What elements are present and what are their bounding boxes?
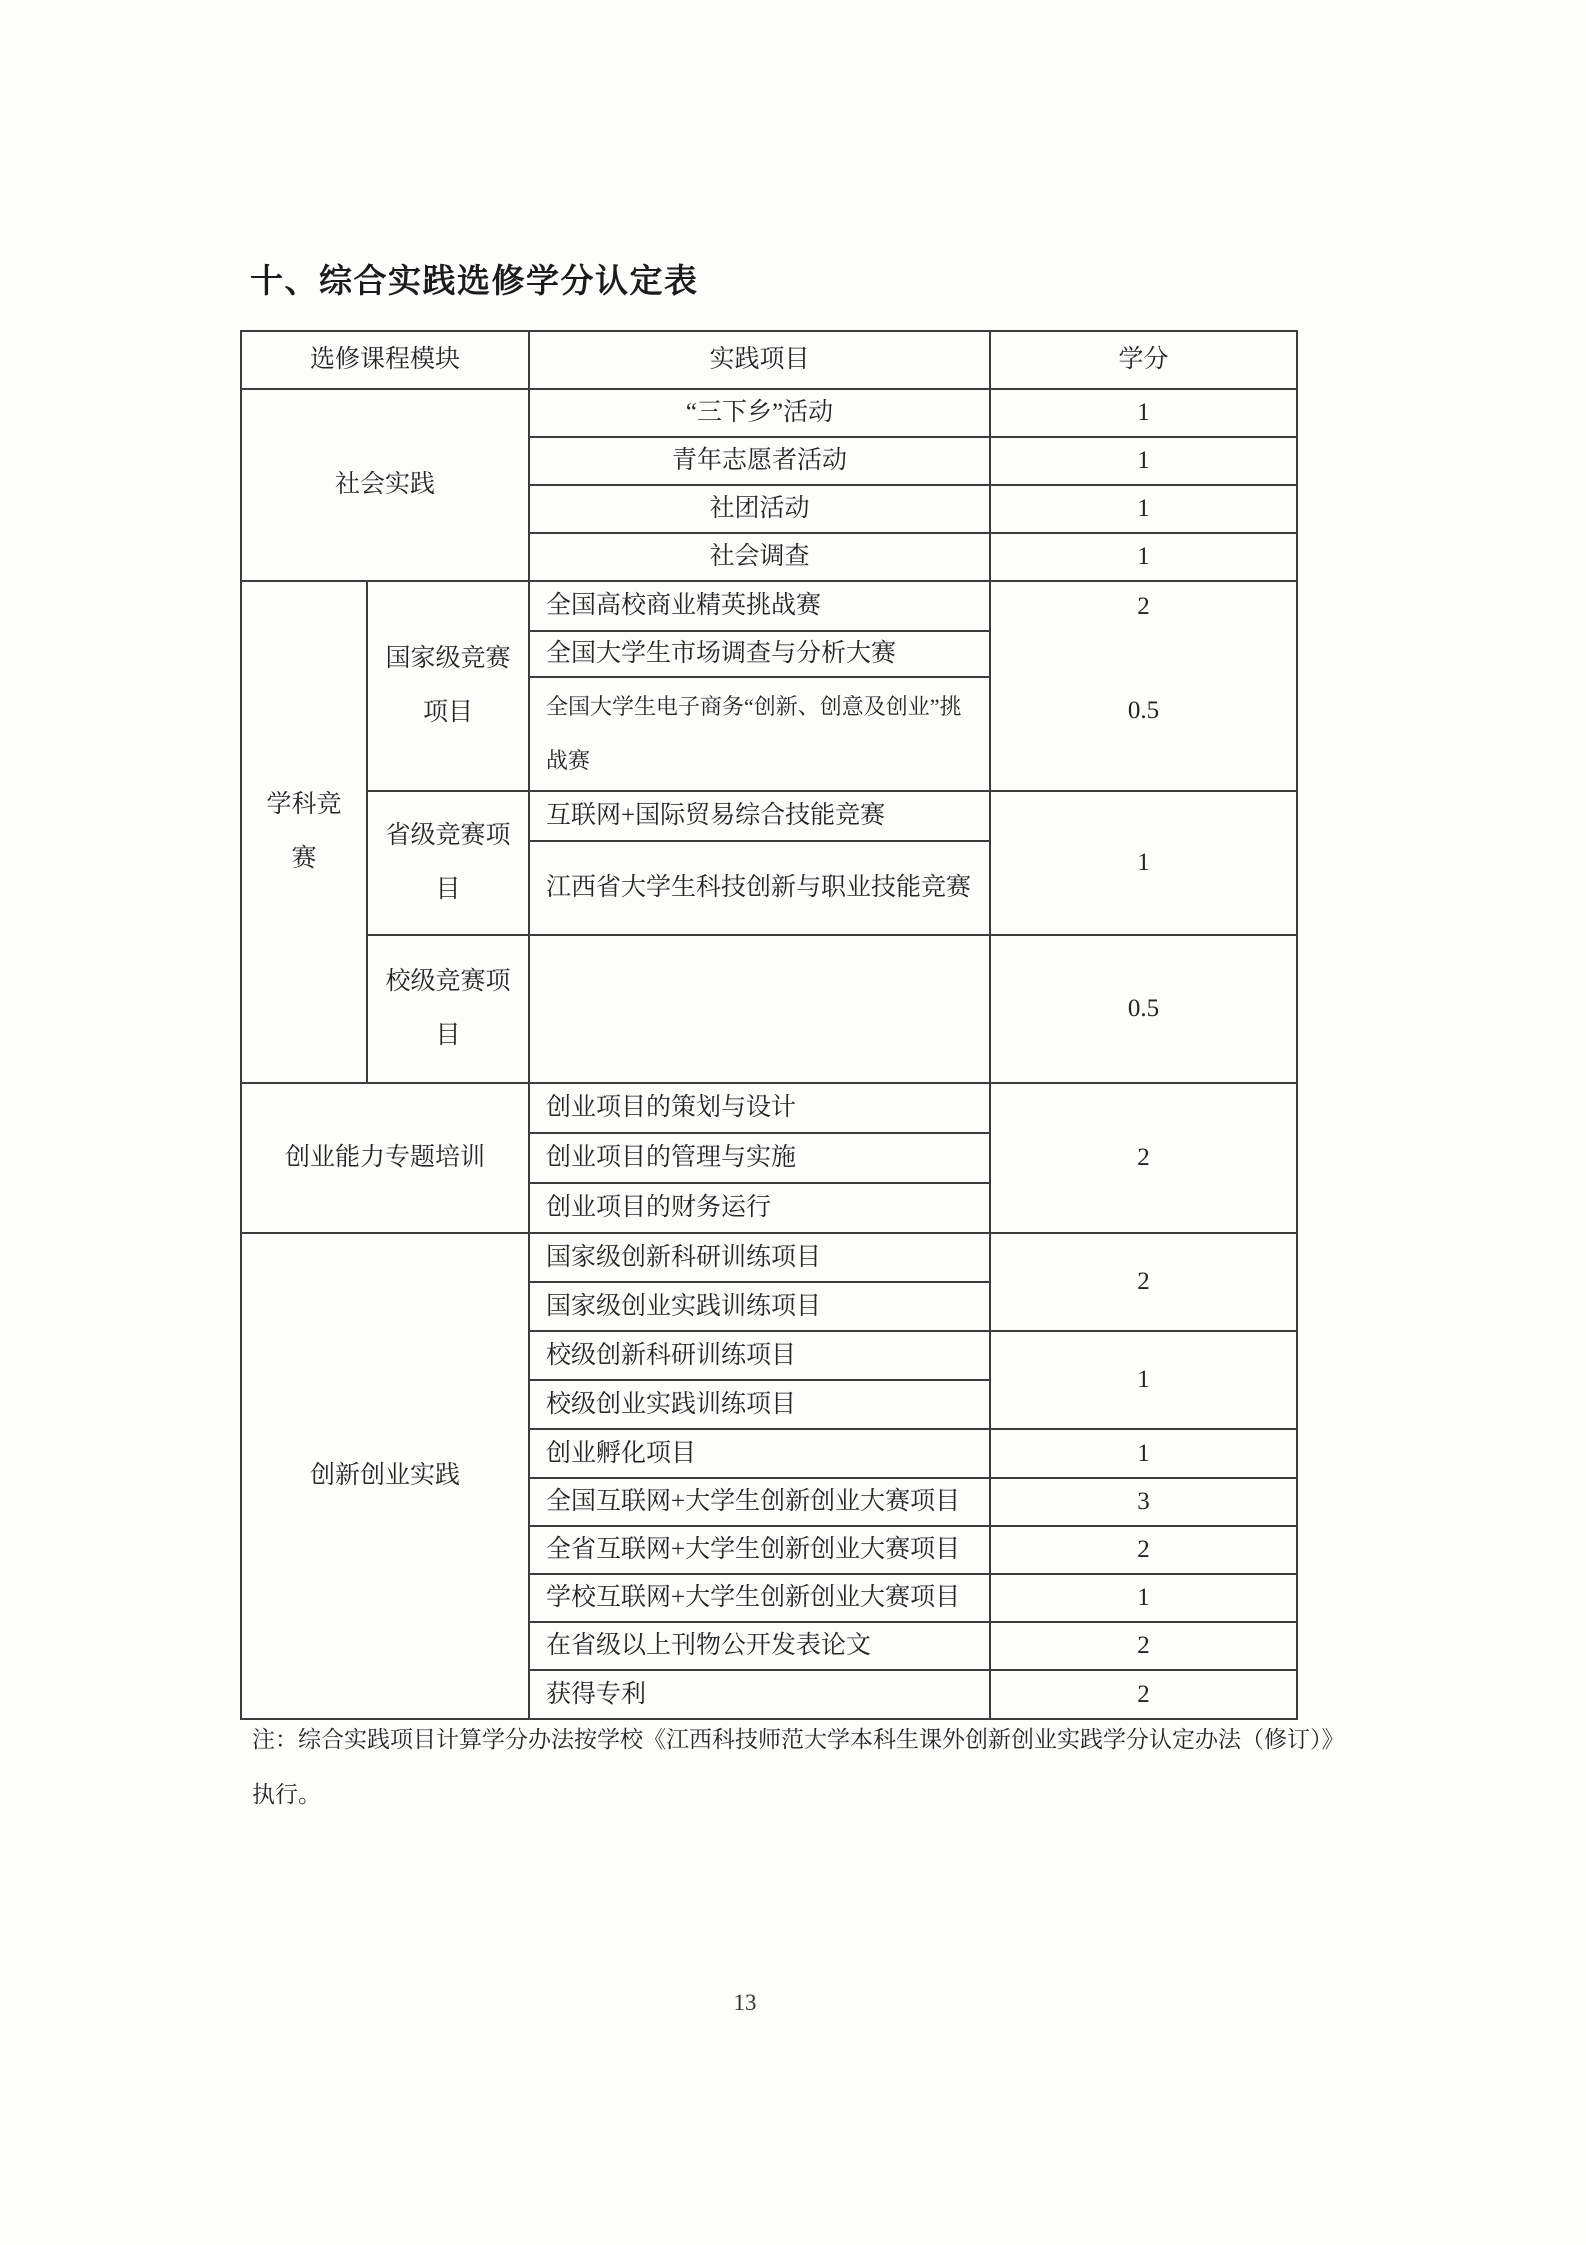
credit-cell: 1 [990,1331,1297,1429]
footnote: 注：综合实践项目计算学分办法按学校《江西科技师范大学本科生课外创新创业实践学分认… [252,1712,1342,1822]
project-cell: 国家级创新科研训练项目 [529,1233,990,1282]
project-cell: 创业孵化项目 [529,1429,990,1478]
table-row: 学科竞 赛 国家级竞赛 项目 全国高校商业精英挑战赛 2 [241,581,1297,631]
module-cell-subject-competition: 学科竞 赛 [241,581,367,1083]
project-cell: 全省互联网+大学生创新创业大赛项目 [529,1526,990,1574]
credit-recognition-table: 选修课程模块 实践项目 学分 社会实践 “三下乡”活动 1 青年志愿者活动 1 … [240,330,1298,1720]
project-cell: 校级创新科研训练项目 [529,1331,990,1380]
credit-cell: 2 [990,1083,1297,1233]
project-cell: 青年志愿者活动 [529,437,990,485]
credit-cell: 1 [990,437,1297,485]
credit-cell: 1 [990,1429,1297,1478]
credit-cell: 1 [990,485,1297,533]
credit-cell: 2 [990,1233,1297,1331]
page-number: 13 [695,1990,795,2016]
module-cell-national-level: 国家级竞赛 项目 [367,581,529,791]
project-cell: 江西省大学生科技创新与职业技能竞赛 [529,841,990,935]
table-row: 创新创业实践 国家级创新科研训练项目 2 [241,1233,1297,1282]
credit-cell: 2 [990,581,1297,631]
project-cell: 全国大学生市场调查与分析大赛 [529,631,990,677]
table-header-row: 选修课程模块 实践项目 学分 [241,331,1297,389]
project-cell: 国家级创业实践训练项目 [529,1282,990,1331]
project-cell-empty [529,935,990,1083]
column-header-credit: 学分 [990,331,1297,389]
project-cell: 全国互联网+大学生创新创业大赛项目 [529,1478,990,1526]
table-row: 创业能力专题培训 创业项目的策划与设计 2 [241,1083,1297,1133]
project-cell: 全国大学生电子商务“创新、创意及创业”挑 战赛 [529,677,990,791]
project-cell: 互联网+国际贸易综合技能竞赛 [529,791,990,841]
credit-cell: 2 [990,1622,1297,1670]
project-cell: 全国高校商业精英挑战赛 [529,581,990,631]
scanned-document-page: 十、综合实践选修学分认定表 选修课程模块 实践项目 学分 社会实践 “三下乡”活… [0,0,1586,2245]
table-row: 社会实践 “三下乡”活动 1 [241,389,1297,437]
credit-cell: 0.5 [990,631,1297,791]
module-cell-social-practice: 社会实践 [241,389,529,581]
credit-cell: 0.5 [990,935,1297,1083]
project-cell: 学校互联网+大学生创新创业大赛项目 [529,1574,990,1622]
module-cell-entrepreneurship-training: 创业能力专题培训 [241,1083,529,1233]
table-row: 省级竞赛项 目 互联网+国际贸易综合技能竞赛 1 [241,791,1297,841]
project-cell: 创业项目的管理与实施 [529,1133,990,1183]
module-cell-provincial-level: 省级竞赛项 目 [367,791,529,935]
module-cell-innovation-practice: 创新创业实践 [241,1233,529,1719]
page-title: 十、综合实践选修学分认定表 [250,262,699,302]
credit-cell: 2 [990,1526,1297,1574]
project-cell: 社团活动 [529,485,990,533]
credit-cell: 1 [990,1574,1297,1622]
project-cell: “三下乡”活动 [529,389,990,437]
credit-cell: 1 [990,533,1297,581]
credit-cell: 1 [990,791,1297,935]
project-cell: 创业项目的财务运行 [529,1183,990,1233]
project-cell: 校级创业实践训练项目 [529,1380,990,1429]
column-header-module: 选修课程模块 [241,331,529,389]
credit-cell: 1 [990,389,1297,437]
module-cell-school-level: 校级竞赛项 目 [367,935,529,1083]
column-header-project: 实践项目 [529,331,990,389]
project-cell: 社会调查 [529,533,990,581]
project-cell: 创业项目的策划与设计 [529,1083,990,1133]
table-row: 校级竞赛项 目 0.5 [241,935,1297,1083]
project-cell: 在省级以上刊物公开发表论文 [529,1622,990,1670]
credit-cell: 3 [990,1478,1297,1526]
